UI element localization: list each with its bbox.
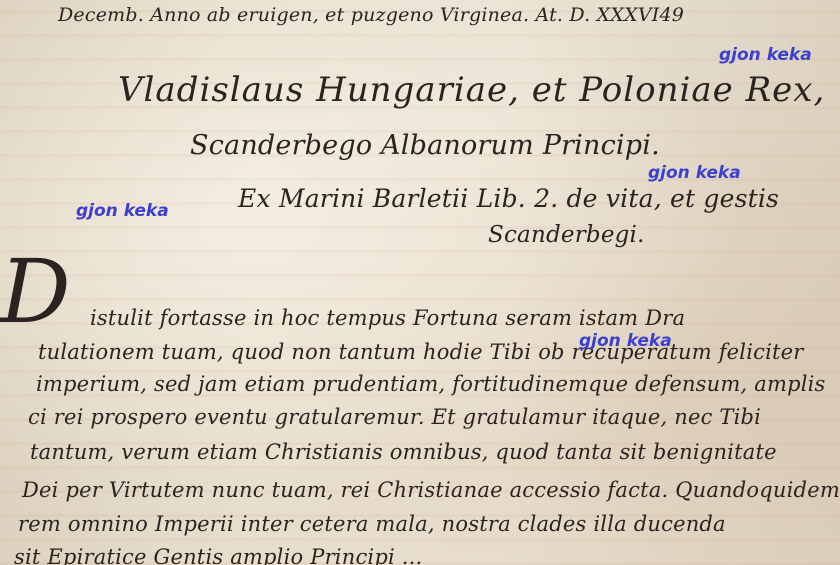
- letter-title-sender: Vladislaus Hungariae, et Poloniae Rex,: [118, 70, 825, 110]
- source-citation-continued: Scanderbegi.: [488, 222, 645, 248]
- body-line: tantum, verum etiam Christianis omnibus,…: [30, 440, 777, 464]
- body-line: imperium, sed jam etiam prudentiam, fort…: [36, 372, 826, 396]
- body-line: tulationem tuam, quod non tantum hodie T…: [38, 340, 804, 364]
- watermark: gjon keka: [579, 331, 672, 351]
- body-line: sit Epiratice Gentis amplio Principi ...: [14, 545, 422, 565]
- watermark: gjon keka: [719, 45, 812, 65]
- watermark: gjon keka: [76, 201, 169, 221]
- body-line: rem omnino Imperii inter cetera mala, no…: [18, 512, 726, 536]
- decorative-initial: D: [0, 248, 71, 336]
- body-line: ci rei prospero eventu gratularemur. Et …: [28, 405, 761, 429]
- body-line: istulit fortasse in hoc tempus Fortuna s…: [90, 306, 685, 330]
- body-line: Dei per Virtutem nunc tuam, rei Christia…: [22, 478, 840, 502]
- letter-title-recipient: Scanderbego Albanorum Principi.: [190, 130, 660, 161]
- source-citation: Ex Marini Barletii Lib. 2. de vita, et g…: [238, 184, 779, 213]
- header-date-line: Decemb. Anno ab eruigen, et puzgeno Virg…: [58, 4, 684, 26]
- watermark: gjon keka: [648, 163, 741, 183]
